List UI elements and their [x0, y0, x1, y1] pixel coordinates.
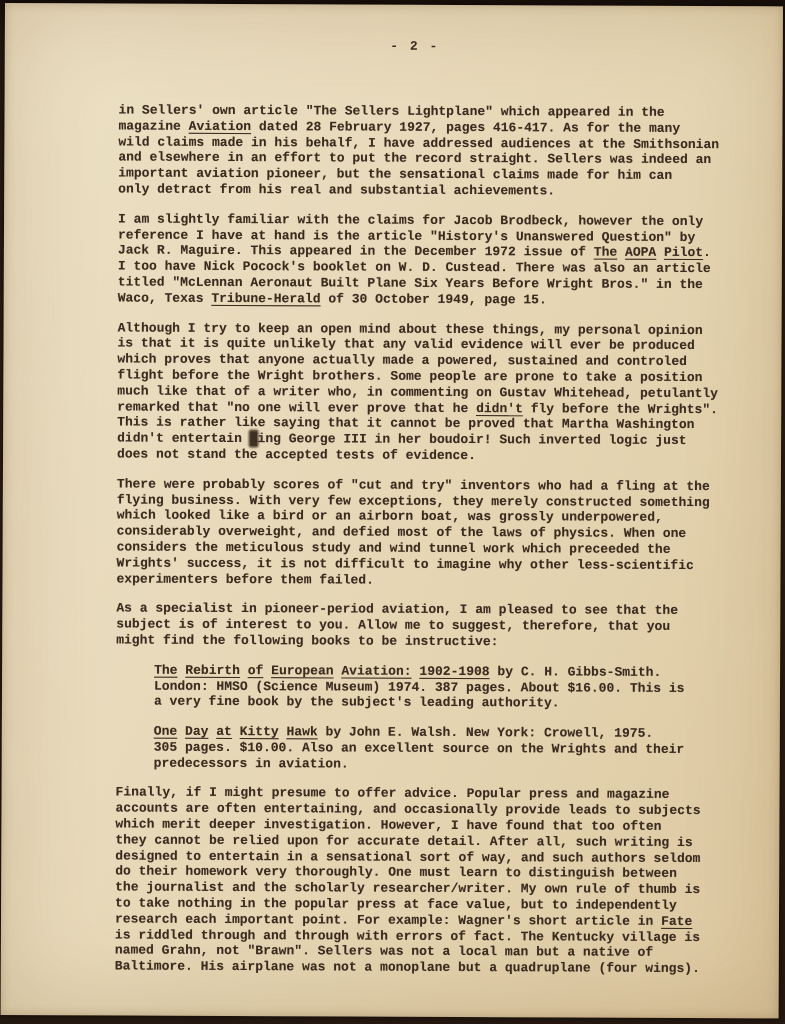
text-segment: As a specialist in pioneer-period aviati…	[116, 601, 678, 618]
text-segment: does not stand the accepted tests of evi…	[117, 446, 476, 463]
paragraph: in Sellers' own article "The Sellers Lig…	[118, 102, 738, 199]
text-segment: and elsewhere in an effort to put the re…	[118, 150, 711, 168]
text-segment: dated 28 February 1927, pages 416-417. A…	[251, 119, 680, 136]
paragraph: One Day at Kitty Hawk by John E. Walsh. …	[154, 724, 736, 774]
text-segment: to take nothing in the popular press at …	[115, 896, 677, 913]
text-segment: remarked that "no one will ever prove th…	[117, 399, 476, 416]
underlined-text: Day	[185, 724, 208, 739]
underlined-text: at	[216, 724, 232, 739]
text-segment: which proves that anyone actually made a…	[117, 352, 687, 369]
text-segment: I am slightly familiar with the claims f…	[118, 211, 703, 229]
text-segment: a very fine book by the subject's leadin…	[154, 694, 560, 711]
underlined-text: European	[271, 663, 333, 678]
underlined-text: Aviation	[189, 119, 251, 134]
underlined-text: 1902-1908	[419, 664, 489, 679]
text-segment: the journalist and the scholarly researc…	[115, 880, 700, 898]
text-segment: .	[703, 245, 711, 260]
text-segment: flying business. With very few exception…	[117, 492, 710, 510]
text-segment: considers the meticulous study and wind …	[117, 539, 671, 556]
text-segment: important aviation pioneer, but the sens…	[118, 166, 672, 183]
text-segment: flight before the Wright brothers. Some …	[117, 367, 702, 385]
text-line: only detract from his real and substanti…	[118, 181, 738, 200]
text-line: experimenters before them failed.	[116, 571, 736, 590]
text-segment: London: HMSO (Science Museum) 1974. 387 …	[154, 678, 685, 695]
text-segment: much like that of a writer who, in comme…	[117, 383, 718, 401]
underlined-text: Hawk	[286, 724, 317, 739]
text-segment: Waco, Texas	[118, 290, 212, 305]
text-segment: by C. H. Gibbs-Smith.	[490, 664, 662, 680]
text-segment: by John E. Walsh. New York: Crowell, 197…	[318, 724, 654, 740]
text-segment: experimenters before them failed.	[116, 571, 374, 587]
text-segment: I too have Nick Pocock's booklet on W. D…	[118, 259, 711, 277]
text-segment: research each important point. For examp…	[115, 911, 661, 928]
text-segment: they cannot be relied upon for accurate …	[115, 832, 692, 850]
text-segment: predecessors in aviation.	[154, 755, 349, 771]
underlined-text: One	[154, 724, 177, 739]
underlined-text: The	[594, 245, 617, 260]
underlined-text: AOPA	[625, 245, 656, 260]
text-segment: fly before the Wrights".	[523, 401, 718, 417]
text-segment	[617, 245, 625, 260]
paragraph: Although I try to keep an open mind abou…	[117, 320, 738, 465]
text-segment: Jack R. Maguire. This appeared in the De…	[118, 243, 594, 260]
underlined-text: Pilot	[664, 245, 703, 260]
letter-body: in Sellers' own article "The Sellers Lig…	[115, 102, 739, 991]
text-segment: is riddled through and through with erro…	[115, 927, 700, 945]
text-segment: reference I have at hand is the article …	[118, 227, 695, 245]
text-segment: didn't entertain	[117, 431, 250, 447]
underlined-text: Fate	[661, 914, 692, 929]
text-segment: only detract from his real and substanti…	[118, 181, 555, 198]
text-segment: 305 pages. $10.00. Also an excellent sou…	[154, 740, 685, 757]
text-line: Baltimore. His airplane was not a monopl…	[115, 959, 735, 978]
text-segment: accounts are often entertaining, and occ…	[115, 801, 700, 819]
text-segment: might find the following books to be ins…	[116, 632, 498, 649]
text-segment: Baltimore. His airplane was not a monopl…	[115, 959, 700, 977]
underlined-text: Tribune-Herald	[211, 291, 320, 306]
paragraph: The Rebirth of European Aviation: 1902-1…	[154, 662, 736, 712]
text-line: might find the following books to be ins…	[116, 632, 736, 651]
text-segment: considerably overweight, and defied most…	[117, 524, 687, 541]
underlined-text: The	[154, 662, 177, 677]
underlined-text: Rebirth	[185, 662, 240, 677]
text-line: Waco, Texas Tribune-Herald of 30 October…	[118, 290, 738, 309]
text-segment: ing George III in her boudoir! Such inve…	[258, 431, 687, 448]
text-segment: do their homework very thoroughly. One m…	[115, 864, 677, 881]
text-segment: This is rather like saying that it canno…	[117, 415, 694, 433]
text-line: predecessors in aviation.	[154, 755, 736, 773]
text-segment: of 30 October 1949, page 15.	[321, 291, 547, 307]
text-segment: which looked like a bird or an airborn b…	[117, 508, 663, 525]
text-segment	[240, 663, 248, 678]
underlined-text: Kitty	[240, 724, 279, 739]
text-segment	[263, 663, 271, 678]
photo-background: - 2 - in Sellers' own article "The Selle…	[0, 0, 785, 1024]
text-segment: There were probably scores of "cut and t…	[117, 476, 710, 494]
page-number: - 2 -	[119, 37, 711, 55]
text-line: a very fine book by the subject's leadin…	[154, 694, 736, 712]
text-segment: subject is of interest to you. Allow me …	[116, 617, 670, 634]
text-segment: magazine	[118, 118, 188, 133]
text-segment: Finally, if I might presume to offer adv…	[116, 785, 670, 802]
text-segment	[232, 724, 240, 739]
text-segment: Although I try to keep an open mind abou…	[118, 320, 703, 338]
text-segment: in Sellers' own article "The Sellers Lig…	[119, 102, 665, 119]
text-segment: titled "McLennan Aeronaut Built Plane Si…	[118, 274, 703, 292]
letter-page: - 2 - in Sellers' own article "The Selle…	[1, 3, 783, 1018]
paragraph: As a specialist in pioneer-period aviati…	[116, 601, 736, 651]
text-segment: designed to entertain in a sensational s…	[115, 848, 700, 866]
text-segment: named Grahn, not "Brawn". Sellers was no…	[115, 943, 653, 960]
underlined-text: of	[248, 663, 264, 678]
paragraph: There were probably scores of "cut and t…	[116, 476, 736, 589]
underlined-text: didn't	[476, 401, 523, 416]
text-segment: which merit deeper investigation. Howeve…	[115, 817, 661, 834]
underlined-text: Aviation:	[341, 663, 411, 678]
paragraph: I am slightly familiar with the claims f…	[118, 211, 738, 308]
text-line: does not stand the accepted tests of evi…	[117, 446, 737, 465]
paragraph: Finally, if I might presume to offer adv…	[115, 785, 736, 977]
text-segment: is that it is quite unlikely that any va…	[117, 336, 694, 354]
text-segment	[279, 724, 287, 739]
text-segment: Wrights' success, it is not difficult to…	[117, 555, 694, 573]
text-segment: wild claims made in his behalf, I have a…	[118, 134, 719, 152]
